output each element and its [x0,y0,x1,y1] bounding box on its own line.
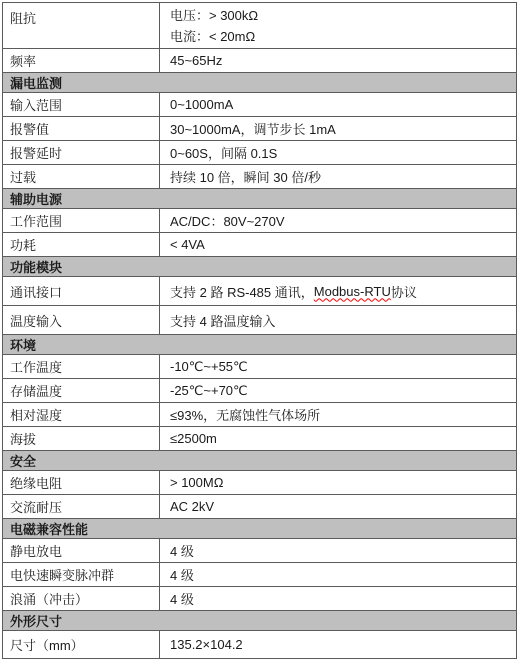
spec-value: 45~65Hz [160,49,516,72]
spec-row: 通讯接口 支持 2 路 RS-485 通讯，Modbus-RTU 协议 [3,277,516,306]
spec-value: 30~1000mA，调节步长 1mA [160,117,516,140]
spec-row: 尺寸（mm） 135.2×104.2 [3,631,516,658]
spec-row: 工作温度 -10℃~+55℃ [3,355,516,379]
spec-value: 135.2×104.2 [160,631,516,658]
spec-label: 报警延时 [3,141,160,164]
value-text: 协议 [391,282,417,301]
section-header-row: 电磁兼容性能 [3,519,516,539]
spec-value: 4 级 [160,587,516,610]
section-title: 电磁兼容性能 [10,519,88,538]
spec-label: 相对湿度 [3,403,160,426]
spec-label: 海拔 [3,427,160,450]
spec-label: 静电放电 [3,539,160,562]
spec-row: 海拔 ≤2500m [3,427,516,451]
spec-value: > 100MΩ [160,471,516,494]
spec-table: 阻抗 电压：> 300kΩ电流：< 20mΩ 频率 45~65Hz 漏电监测 输… [2,2,517,659]
section-title: 安全 [10,451,36,470]
spec-value: -10℃~+55℃ [160,355,516,378]
spec-value: 持续 10 倍，瞬间 30 倍/秒 [160,165,516,188]
spec-value: 支持 2 路 RS-485 通讯，Modbus-RTU 协议 [160,277,516,305]
spec-value: 4 级 [160,539,516,562]
section-title: 漏电监测 [10,73,62,92]
spec-value: -25℃~+70℃ [160,379,516,402]
spec-row: 浪涌（冲击） 4 级 [3,587,516,611]
spec-row: 工作范围 AC/DC：80V~270V [3,209,516,233]
spec-label: 温度输入 [3,306,160,334]
spec-label: 存储温度 [3,379,160,402]
section-header-row: 安全 [3,451,516,471]
spec-row: 存储温度 -25℃~+70℃ [3,379,516,403]
spec-label: 通讯接口 [3,277,160,305]
spec-value: 支持 4 路温度输入 [160,306,516,334]
spec-row: 绝缘电阻 > 100MΩ [3,471,516,495]
spec-label: 浪涌（冲击） [3,587,160,610]
section-title: 功能模块 [10,257,62,276]
spec-value: 4 级 [160,563,516,586]
spec-row: 电快速瞬变脉冲群 4 级 [3,563,516,587]
spellcheck-flagged-text: Modbus-RTU [314,284,391,299]
spec-row: 报警值 30~1000mA，调节步长 1mA [3,117,516,141]
section-header-row: 漏电监测 [3,73,516,93]
spec-label: 绝缘电阻 [3,471,160,494]
section-title: 环境 [10,335,36,354]
spec-value: 电压：> 300kΩ电流：< 20mΩ [160,3,516,48]
section-title: 辅助电源 [10,189,62,208]
section-header-row: 功能模块 [3,257,516,277]
spec-row: 静电放电 4 级 [3,539,516,563]
spec-label: 工作温度 [3,355,160,378]
spec-label: 频率 [3,49,160,72]
spec-row: 相对湿度 ≤93%，无腐蚀性气体场所 [3,403,516,427]
section-header-row: 环境 [3,335,516,355]
spec-value: 0~60S，间隔 0.1S [160,141,516,164]
spec-value: AC/DC：80V~270V [160,209,516,232]
spec-label: 交流耐压 [3,495,160,518]
spec-row: 频率 45~65Hz [3,49,516,73]
spec-row: 功耗 < 4VA [3,233,516,257]
spec-row: 阻抗 电压：> 300kΩ电流：< 20mΩ [3,3,516,49]
spec-label: 功耗 [3,233,160,256]
spec-value: ≤93%，无腐蚀性气体场所 [160,403,516,426]
value-text: 支持 2 路 RS-485 通讯， [170,282,314,301]
spec-label: 报警值 [3,117,160,140]
spec-value: 0~1000mA [160,93,516,116]
spec-label: 工作范围 [3,209,160,232]
spec-row: 温度输入 支持 4 路温度输入 [3,306,516,335]
spec-value: AC 2kV [160,495,516,518]
spec-row: 输入范围 0~1000mA [3,93,516,117]
spec-label: 尺寸（mm） [3,631,160,658]
value-line: 电流：< 20mΩ [170,26,510,47]
spec-label: 阻抗 [3,3,160,48]
spec-row: 报警延时 0~60S，间隔 0.1S [3,141,516,165]
section-title: 外形尺寸 [10,611,62,630]
section-header-row: 辅助电源 [3,189,516,209]
spec-value: < 4VA [160,233,516,256]
section-header-row: 外形尺寸 [3,611,516,631]
spec-label: 过载 [3,165,160,188]
spec-row: 过载 持续 10 倍，瞬间 30 倍/秒 [3,165,516,189]
value-line: 电压：> 300kΩ [170,5,510,26]
spec-row: 交流耐压 AC 2kV [3,495,516,519]
spec-label: 输入范围 [3,93,160,116]
spec-label: 电快速瞬变脉冲群 [3,563,160,586]
spec-value: ≤2500m [160,427,516,450]
